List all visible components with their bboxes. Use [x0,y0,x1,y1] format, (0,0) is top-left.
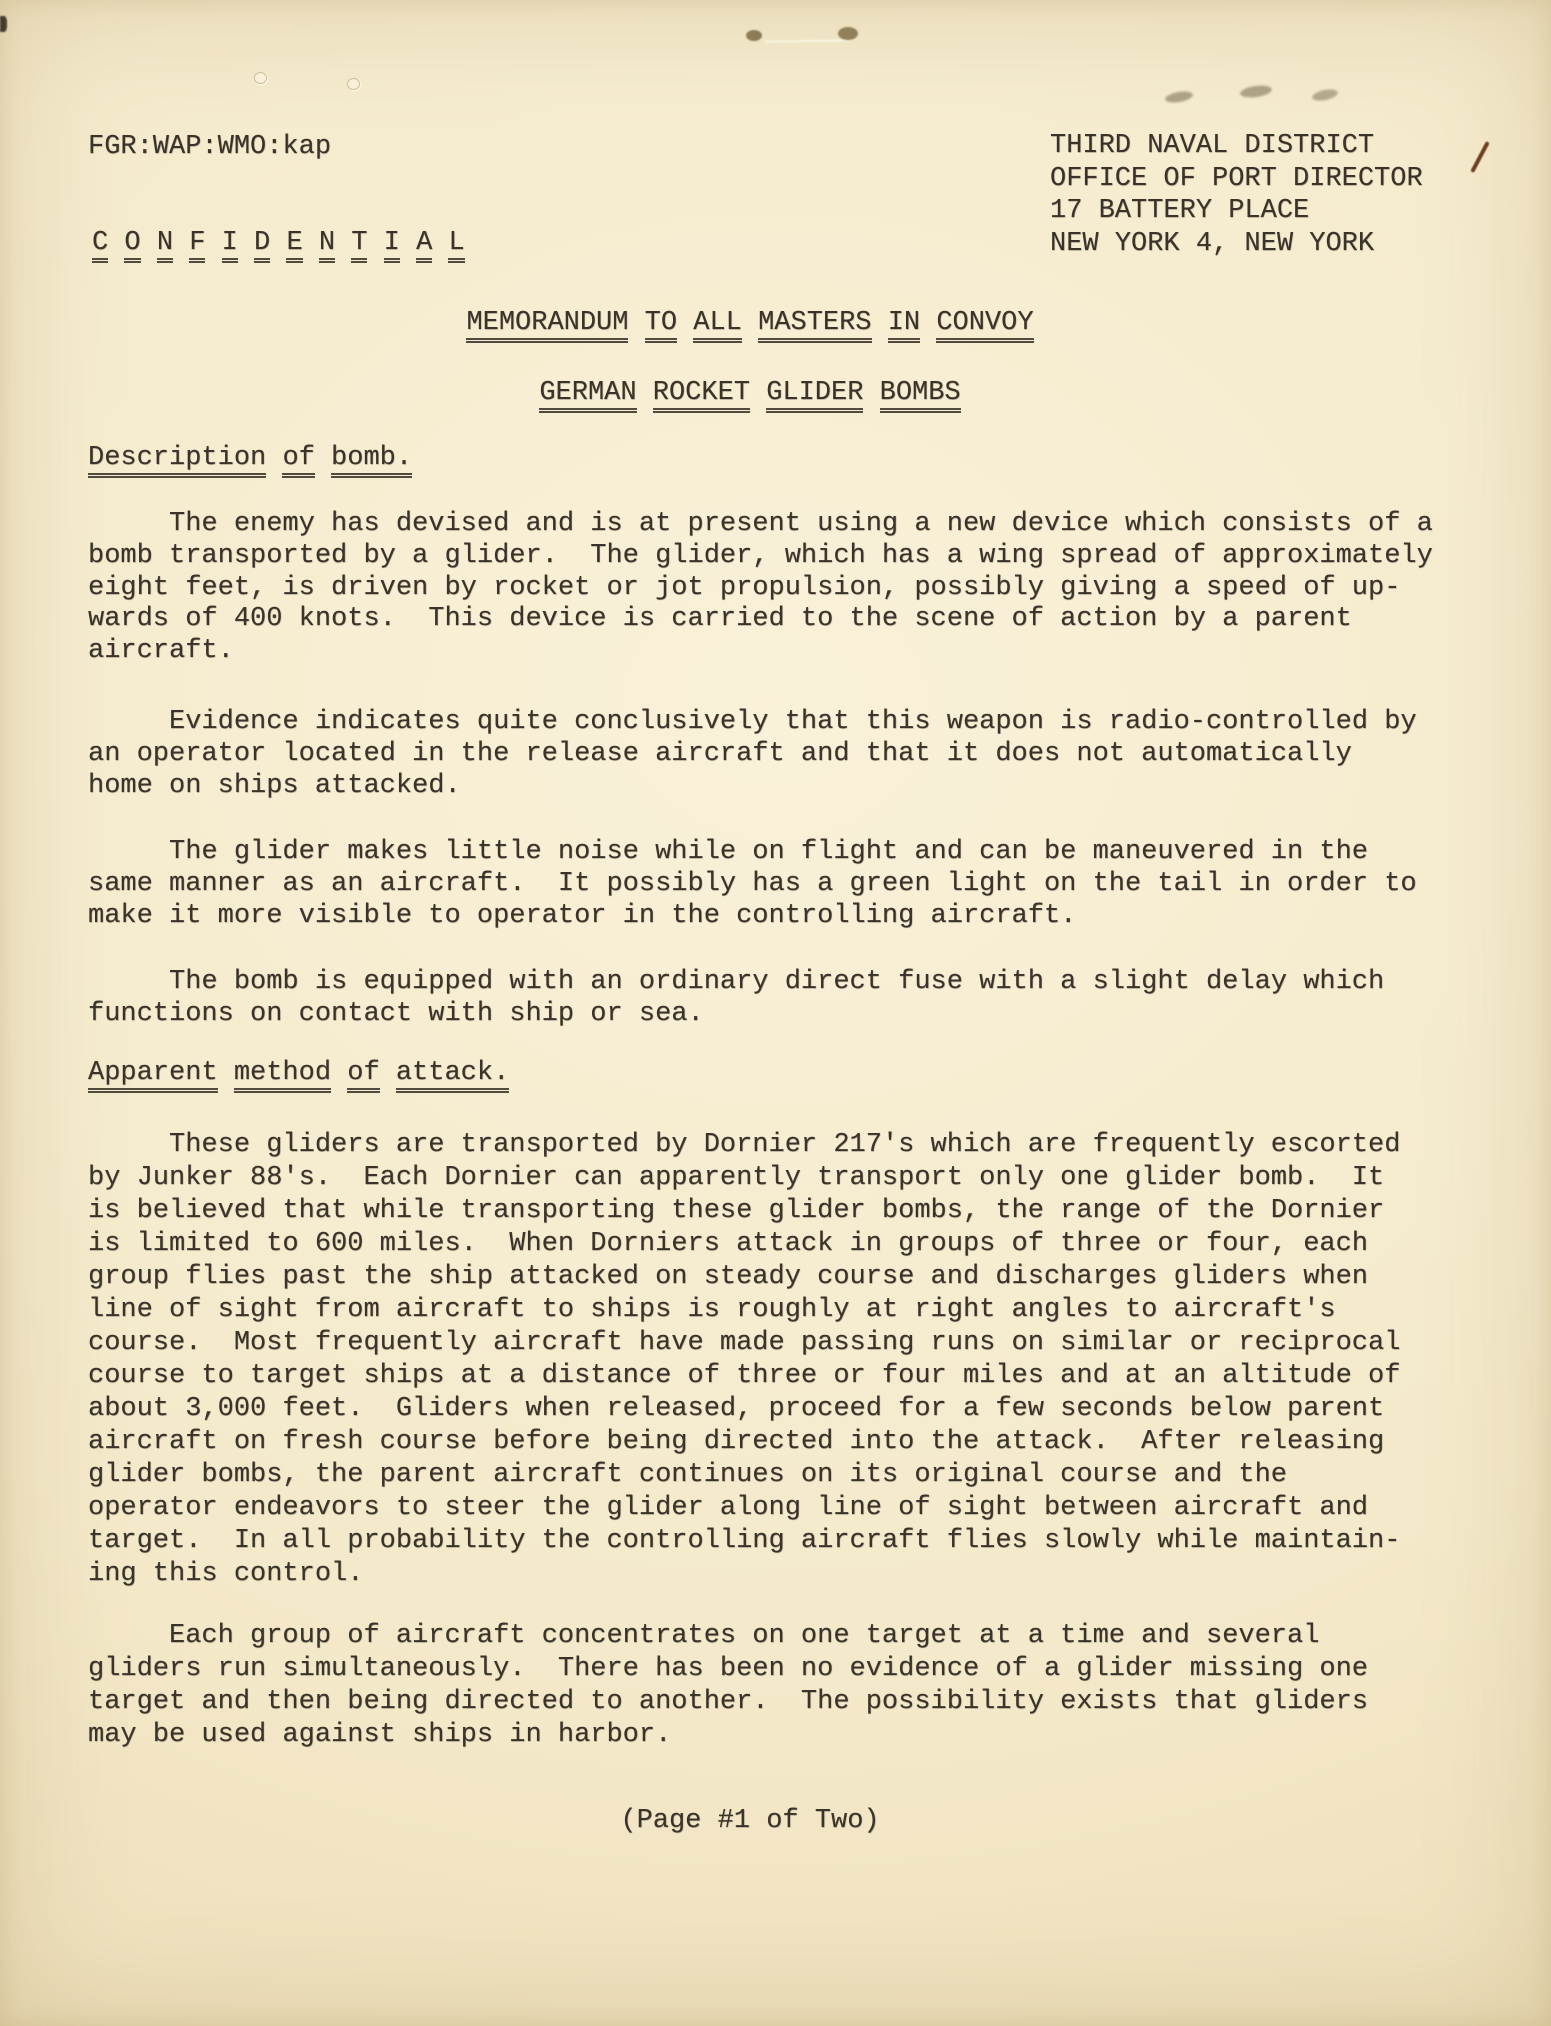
text-line: aircraft on fresh course before being di… [88,1426,1400,1459]
pencil-smudge [1311,87,1339,102]
underlined-word: I [384,228,400,263]
section-heading-apparent-method-of-attack: Apparent method of attack. [88,1058,509,1088]
text-line: course. Most frequently aircraft have ma… [88,1327,1400,1360]
paper-crease [765,39,850,42]
text-line: make it more visible to operator in the … [88,900,1417,932]
paragraph: The glider makes little noise while on f… [88,836,1417,933]
scanned-memo-page: FGR:WAP:WMO:kap THIRD NAVAL DISTRICTOFFI… [0,0,1551,2026]
underlined-word: CONVOY [936,308,1033,343]
paper-hole [254,72,267,84]
underlined-word: L [448,228,464,263]
underlined-word: Apparent [88,1058,218,1093]
text-line: functions on contact with ship or sea. [88,998,1384,1030]
text-line: The glider makes little noise while on f… [88,836,1417,868]
text-line: may be used against ships in harbor. [88,1719,1368,1752]
ink-speck [746,30,762,41]
pencil-smudge [1164,90,1193,105]
underlined-word: A [416,228,432,263]
underlined-word: MASTERS [758,308,871,343]
underlined-word: T [351,228,367,263]
text-line: aircraft. [88,636,1433,668]
memo-title: MEMORANDUM TO ALL MASTERS IN CONVOY [0,308,1500,338]
text-line: The enemy has devised and is at present … [88,509,1433,541]
text-line: glider bombs, the parent aircraft contin… [88,1459,1400,1492]
paragraph: The bomb is equipped with an ordinary di… [88,966,1384,1030]
underlined-word: method [234,1058,331,1093]
underlined-word: MEMORANDUM [466,308,628,343]
underlined-word: GLIDER [766,378,863,413]
underlined-word: bomb. [331,443,412,478]
text-line: same manner as an aircraft. It possibly … [88,868,1417,900]
text-line: about 3,000 feet. Gliders when released,… [88,1393,1400,1426]
typist-reference: FGR:WAP:WMO:kap [88,132,331,162]
pencil-smudge [1239,84,1272,99]
underlined-word: GERMAN [539,378,636,413]
underlined-word: N [319,228,335,263]
text-line: OFFICE OF PORT DIRECTOR [1050,163,1423,196]
text-line: operator endeavors to steer the glider a… [88,1492,1400,1525]
paragraph: These gliders are transported by Dornier… [88,1129,1400,1591]
underlined-word: D [254,228,270,263]
underlined-word: ALL [693,308,742,343]
text-line: target. In all probability the controlli… [88,1525,1400,1558]
underlined-word: F [189,228,205,263]
underlined-word: Description [88,443,266,478]
text-line: ing this control. [88,1558,1400,1591]
underlined-word: O [124,228,140,263]
text-line: NEW YORK 4, NEW YORK [1050,228,1423,261]
underlined-word: of [282,443,314,478]
text-line: These gliders are transported by Dornier… [88,1129,1400,1162]
underlined-word: of [347,1058,379,1093]
memo-subtitle: GERMAN ROCKET GLIDER BOMBS [0,378,1500,408]
underlined-word: IN [888,308,920,343]
text-line: group flies past the ship attacked on st… [88,1261,1400,1294]
text-line: 17 BATTERY PLACE [1050,195,1423,228]
underlined-word: ROCKET [653,378,750,413]
paragraph: Each group of aircraft concentrates on o… [88,1620,1368,1752]
underlined-word: attack. [396,1058,509,1093]
text-line: gliders run simultaneously. There has be… [88,1653,1368,1686]
underlined-word: BOMBS [880,378,961,413]
paragraph: The enemy has devised and is at present … [88,509,1433,668]
page-number: (Page #1 of Two) [0,1806,1500,1836]
underlined-word: N [157,228,173,263]
text-line: THIRD NAVAL DISTRICT [1050,130,1423,163]
text-line: by Junker 88's. Each Dornier can apparen… [88,1162,1400,1195]
text-line: Each group of aircraft concentrates on o… [88,1620,1368,1653]
paper-hole [347,78,360,90]
text-line: wards of 400 knots. This device is carri… [88,604,1433,636]
text-line: Evidence indicates quite conclusively th… [88,706,1417,738]
text-line: eight feet, is driven by rocket or jot p… [88,573,1433,605]
paper-speck [0,16,7,32]
section-heading-description-of-bomb: Description of bomb. [88,443,412,473]
text-line: is believed that while transporting thes… [88,1195,1400,1228]
text-line: The bomb is equipped with an ordinary di… [88,966,1384,998]
letterhead: THIRD NAVAL DISTRICTOFFICE OF PORT DIREC… [1050,130,1423,260]
text-line: is limited to 600 miles. When Dorniers a… [88,1228,1400,1261]
classification-stamp: C O N F I D E N T I A L [92,228,465,258]
text-line: target and then being directed to anothe… [88,1686,1368,1719]
underlined-word: C [92,228,108,263]
underlined-word: I [222,228,238,263]
underlined-word: E [286,228,302,263]
paragraph: Evidence indicates quite conclusively th… [88,706,1417,803]
underlined-word: TO [645,308,677,343]
ink-speck [838,27,858,40]
text-line: line of sight from aircraft to ships is … [88,1294,1400,1327]
text-line: course to target ships at a distance of … [88,1360,1400,1393]
pen-mark [1470,141,1489,173]
text-line: an operator located in the release aircr… [88,738,1417,770]
text-line: home on ships attacked. [88,770,1417,802]
text-line: bomb transported by a glider. The glider… [88,541,1433,573]
